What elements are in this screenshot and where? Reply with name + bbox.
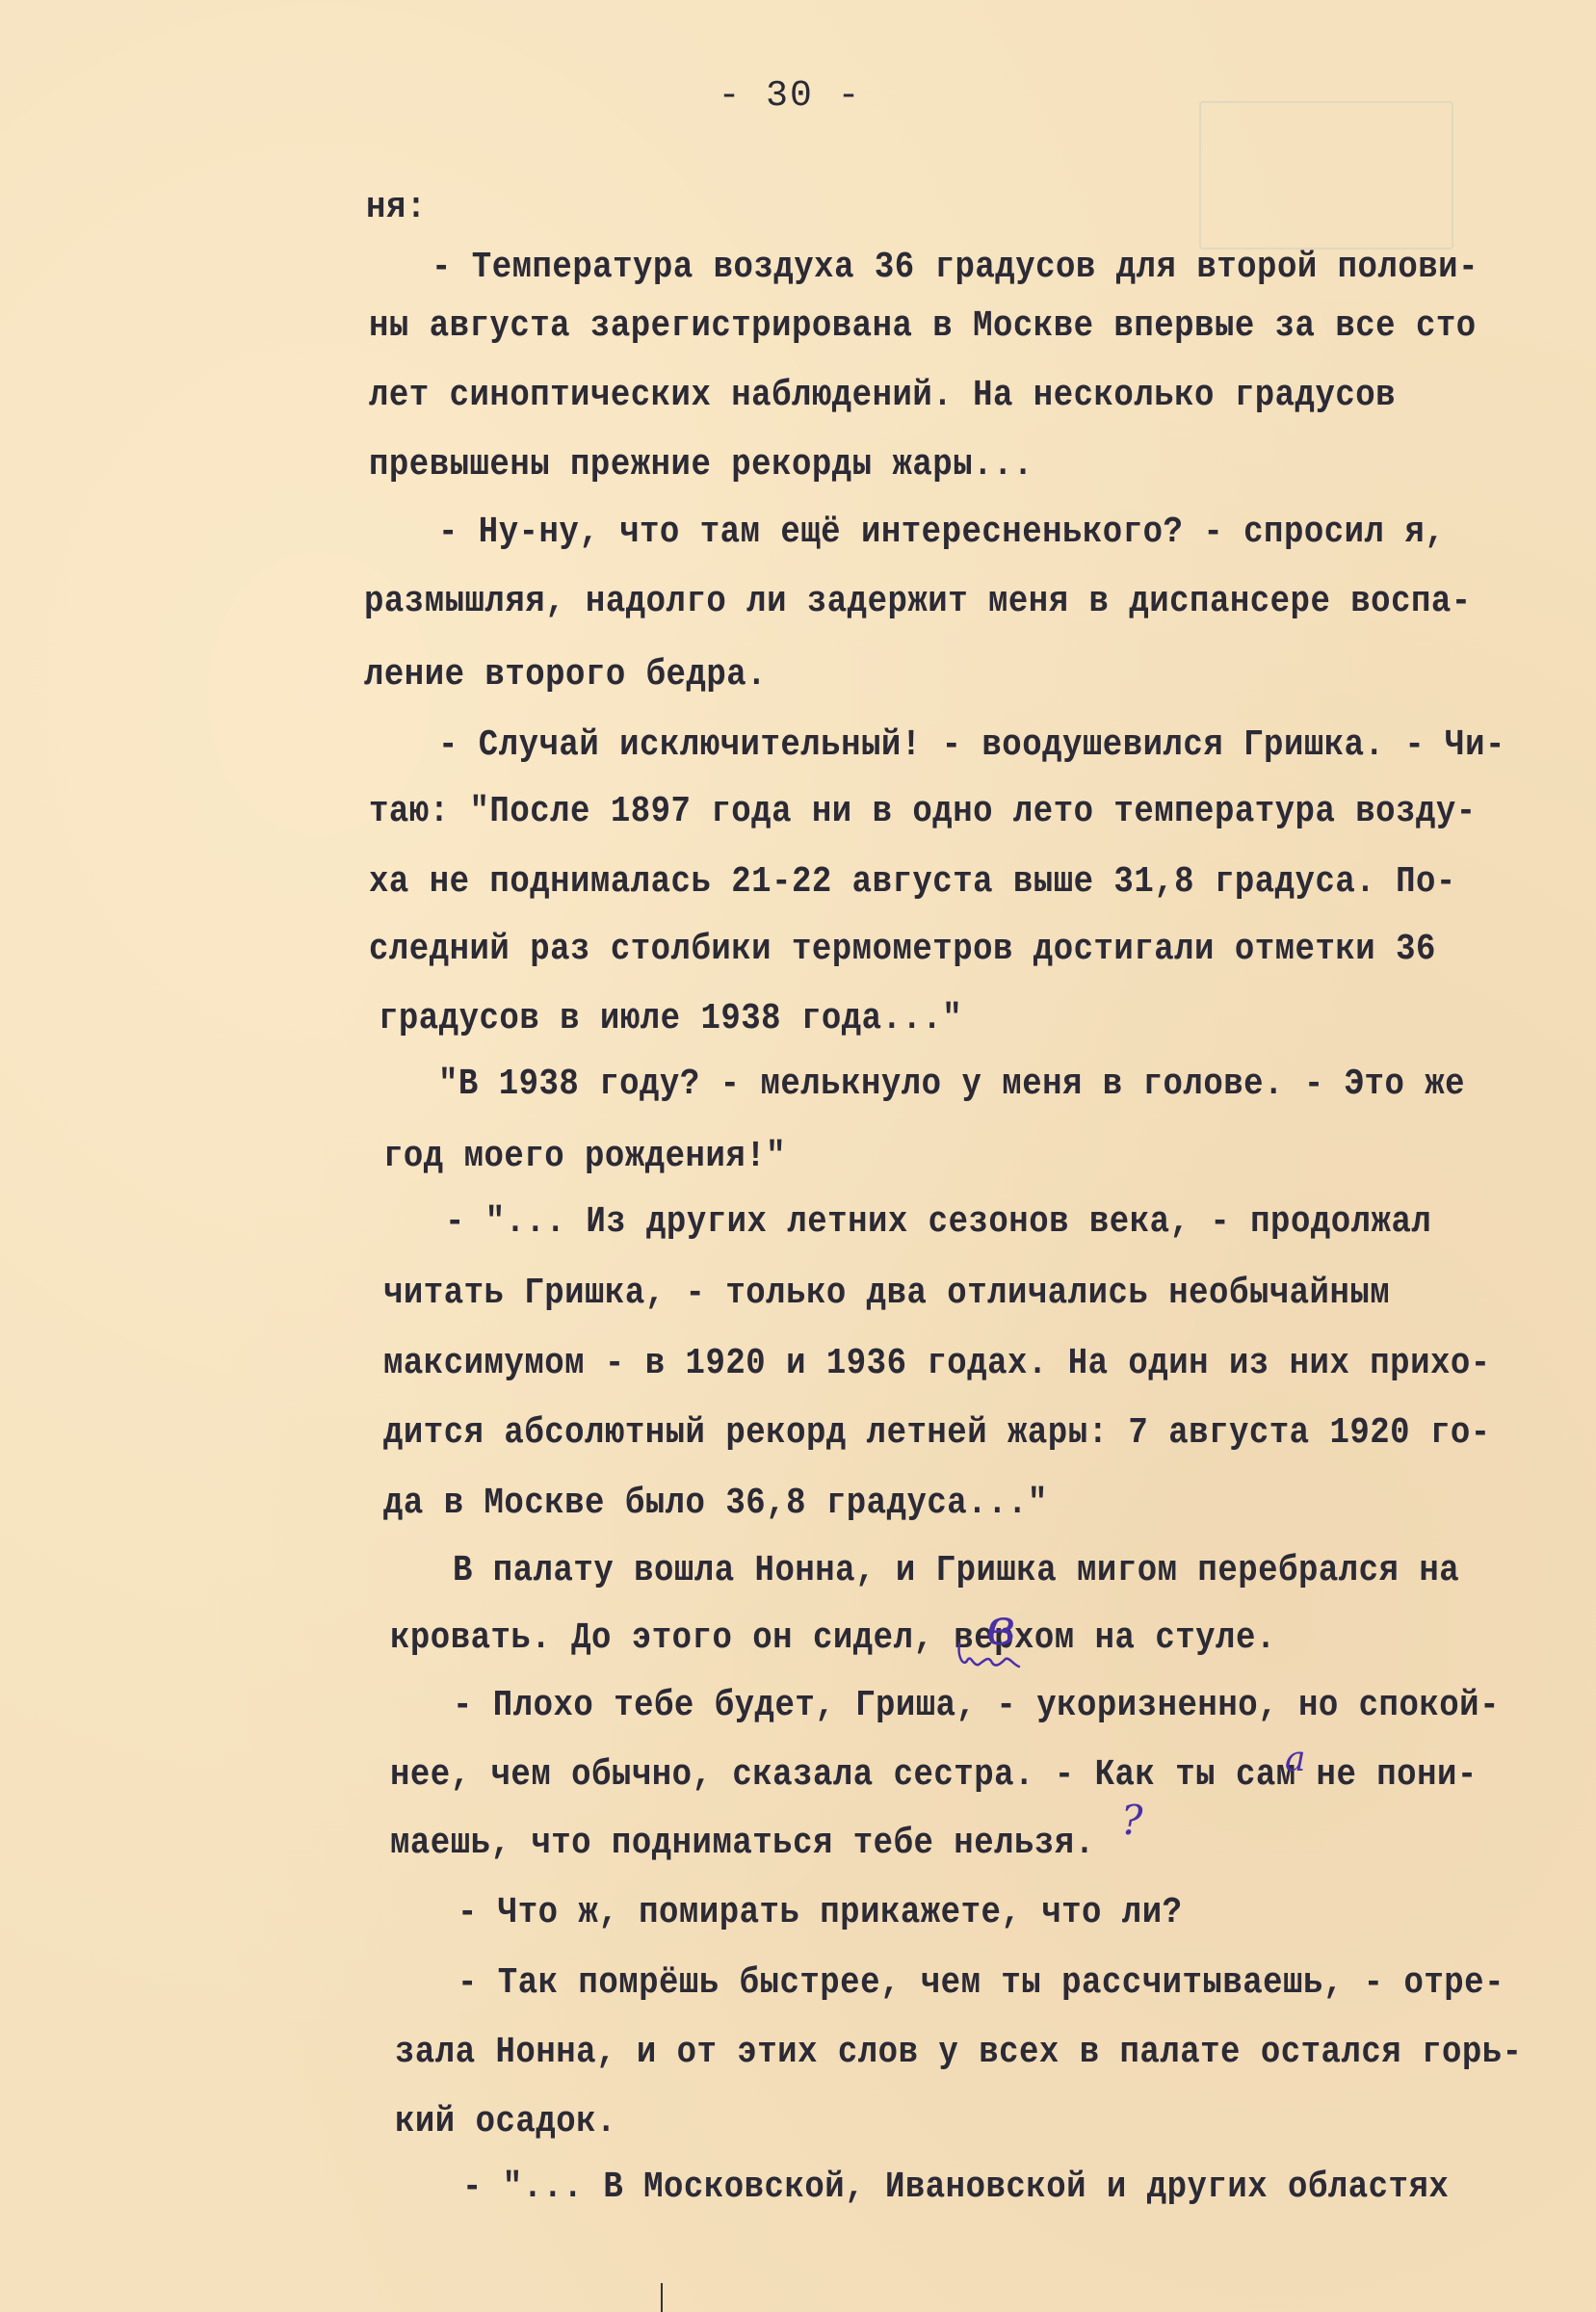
text-line: таю: "После 1897 года ни в одно лето тем…	[369, 792, 1477, 833]
text-line: - Плохо тебе будет, Гриша, - укоризненно…	[453, 1686, 1500, 1727]
text-line: следний раз столбики термометров достига…	[369, 930, 1436, 971]
text-line: читать Гришка, - только два отличались н…	[383, 1274, 1390, 1315]
text-line: ня:	[366, 188, 427, 229]
text-line: - Что ж, помирать прикажете, что ли?	[458, 1893, 1183, 1934]
text-line: нее, чем обычно, сказала сестра. - Как т…	[390, 1755, 1478, 1797]
text-line: превышены прежние рекорды жары...	[369, 445, 1033, 486]
text-line: размышляя, надолго ли задержит меня в ди…	[364, 582, 1472, 623]
text-line: кий осадок.	[395, 2102, 616, 2143]
text-line: - "... Из других летних сезонов века, - …	[445, 1202, 1431, 1244]
margin-tick-mark	[661, 2283, 663, 2312]
text-line: лет синоптических наблюдений. На несколь…	[369, 376, 1396, 417]
text-line: "В 1938 году? - мелькнуло у меня в голов…	[438, 1064, 1465, 1106]
correction-squiggle-mark	[955, 1638, 1023, 1676]
text-line: - Ну-ну, что там ещё интересненького? - …	[438, 512, 1445, 554]
correction-question-mark: ?	[1121, 1797, 1143, 1844]
text-line: - "... В Московской, Ивановской и других…	[462, 2167, 1449, 2209]
text-line: - Так помрёшь быстрее, чем ты рассчитыва…	[458, 1963, 1504, 2005]
text-line: ха не поднималась 21-22 августа выше 31,…	[369, 862, 1456, 904]
text-line: ление второго бедра.	[364, 655, 767, 696]
text-line: - Случай исключительный! - воодушевился …	[438, 725, 1505, 767]
text-line: - Температура воздуха 36 градусов для вт…	[432, 248, 1478, 289]
text-line: кровать. До этого он сидел, верхом на ст…	[390, 1618, 1276, 1660]
text-line: дится абсолютный рекорд летней жары: 7 а…	[383, 1413, 1491, 1455]
text-line: ны августа зарегистрирована в Москве впе…	[369, 306, 1477, 348]
text-line: да в Москве было 36,8 градуса..."	[383, 1484, 1048, 1525]
text-line: год моего рождения!"	[383, 1137, 786, 1178]
text-line: градусов в июле 1938 года..."	[379, 999, 962, 1040]
page-number: - 30 -	[674, 75, 905, 117]
text-line: максимумом - в 1920 и 1936 годах. На оди…	[383, 1344, 1491, 1385]
correction-letter-a: а	[1285, 1740, 1305, 1779]
faint-stamp	[1199, 101, 1453, 250]
text-line: В палату вошла Нонна, и Гришка мигом пер…	[453, 1551, 1459, 1592]
text-line: маешь, что подниматься тебе нельзя.	[390, 1824, 1095, 1865]
text-line: зала Нонна, и от этих слов у всех в пала…	[395, 2033, 1523, 2074]
